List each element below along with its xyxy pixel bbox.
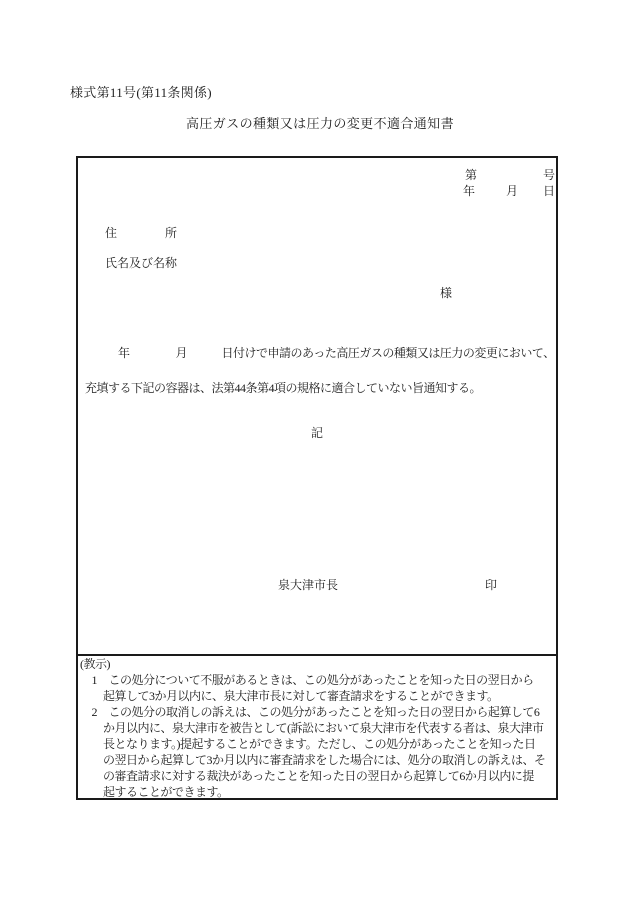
address-label: 住 所 (105, 226, 177, 240)
instruction-line: 起算して3か月以内に、泉大津市長に対して審査請求をすることができます。 (80, 688, 556, 704)
date-year-label: 年 (463, 184, 475, 198)
document-title: 高圧ガスの種類又は圧力の変更不適合通知書 (0, 117, 630, 131)
instruction-line: 1 この処分について不服があるときは、この処分があったことを知った日の翌日から (80, 672, 556, 688)
notice-box: 第 号 年 月 日 住 所 氏名及び名称 様 年 月 日付けで申請のあった高圧ガ… (76, 156, 558, 800)
document-sheet: 様式第11号(第11条関係) 高圧ガスの種類又は圧力の変更不適合通知書 第 号 … (0, 0, 630, 915)
date-day-label: 日 (543, 184, 555, 198)
doc-number-prefix: 第 (465, 168, 477, 182)
honorific-label: 様 (440, 286, 452, 300)
instruction-line: 2 この処分の取消しの訴えは、この処分があったことを知った日の翌日から起算して6 (80, 704, 556, 720)
form-number: 様式第11号(第11条関係) (70, 86, 212, 100)
date-month-label: 月 (506, 184, 518, 198)
doc-number-suffix: 号 (543, 168, 555, 182)
body-paragraph-line-2: 充填する下記の容器は、法第44条第4項の規格に適合していない旨通知する。 (85, 381, 481, 395)
instruction-line: 長となります。)提起することができます。ただし、この処分があったことを知った日 (80, 736, 556, 752)
instruction-line: 起することができます。 (80, 784, 556, 800)
instruction-line: の審査請求に対する裁決があったことを知った日の翌日から起算して6か月以内に提 (80, 768, 556, 784)
record-heading: 記 (78, 426, 556, 440)
instructions-heading: (教示) (80, 656, 556, 672)
name-label: 氏名及び名称 (105, 256, 177, 270)
instruction-line: か月以内に、泉大津市を被告として(訴訟において泉大津市を代表する者は、泉大津市 (80, 720, 556, 736)
instructions-section: (教示) 1 この処分について不服があるときは、この処分があったことを知った日の… (80, 656, 556, 800)
body-paragraph-line-1: 年 月 日付けで申請のあった高圧ガスの種類又は圧力の変更において、 (118, 346, 555, 360)
instruction-line: の翌日から起算して3か月以内に審査請求をした場合には、処分の取消しの訴えは、そ (80, 752, 556, 768)
signer-title: 泉大津市長 (278, 578, 338, 592)
seal-placeholder: 印 (485, 578, 497, 592)
